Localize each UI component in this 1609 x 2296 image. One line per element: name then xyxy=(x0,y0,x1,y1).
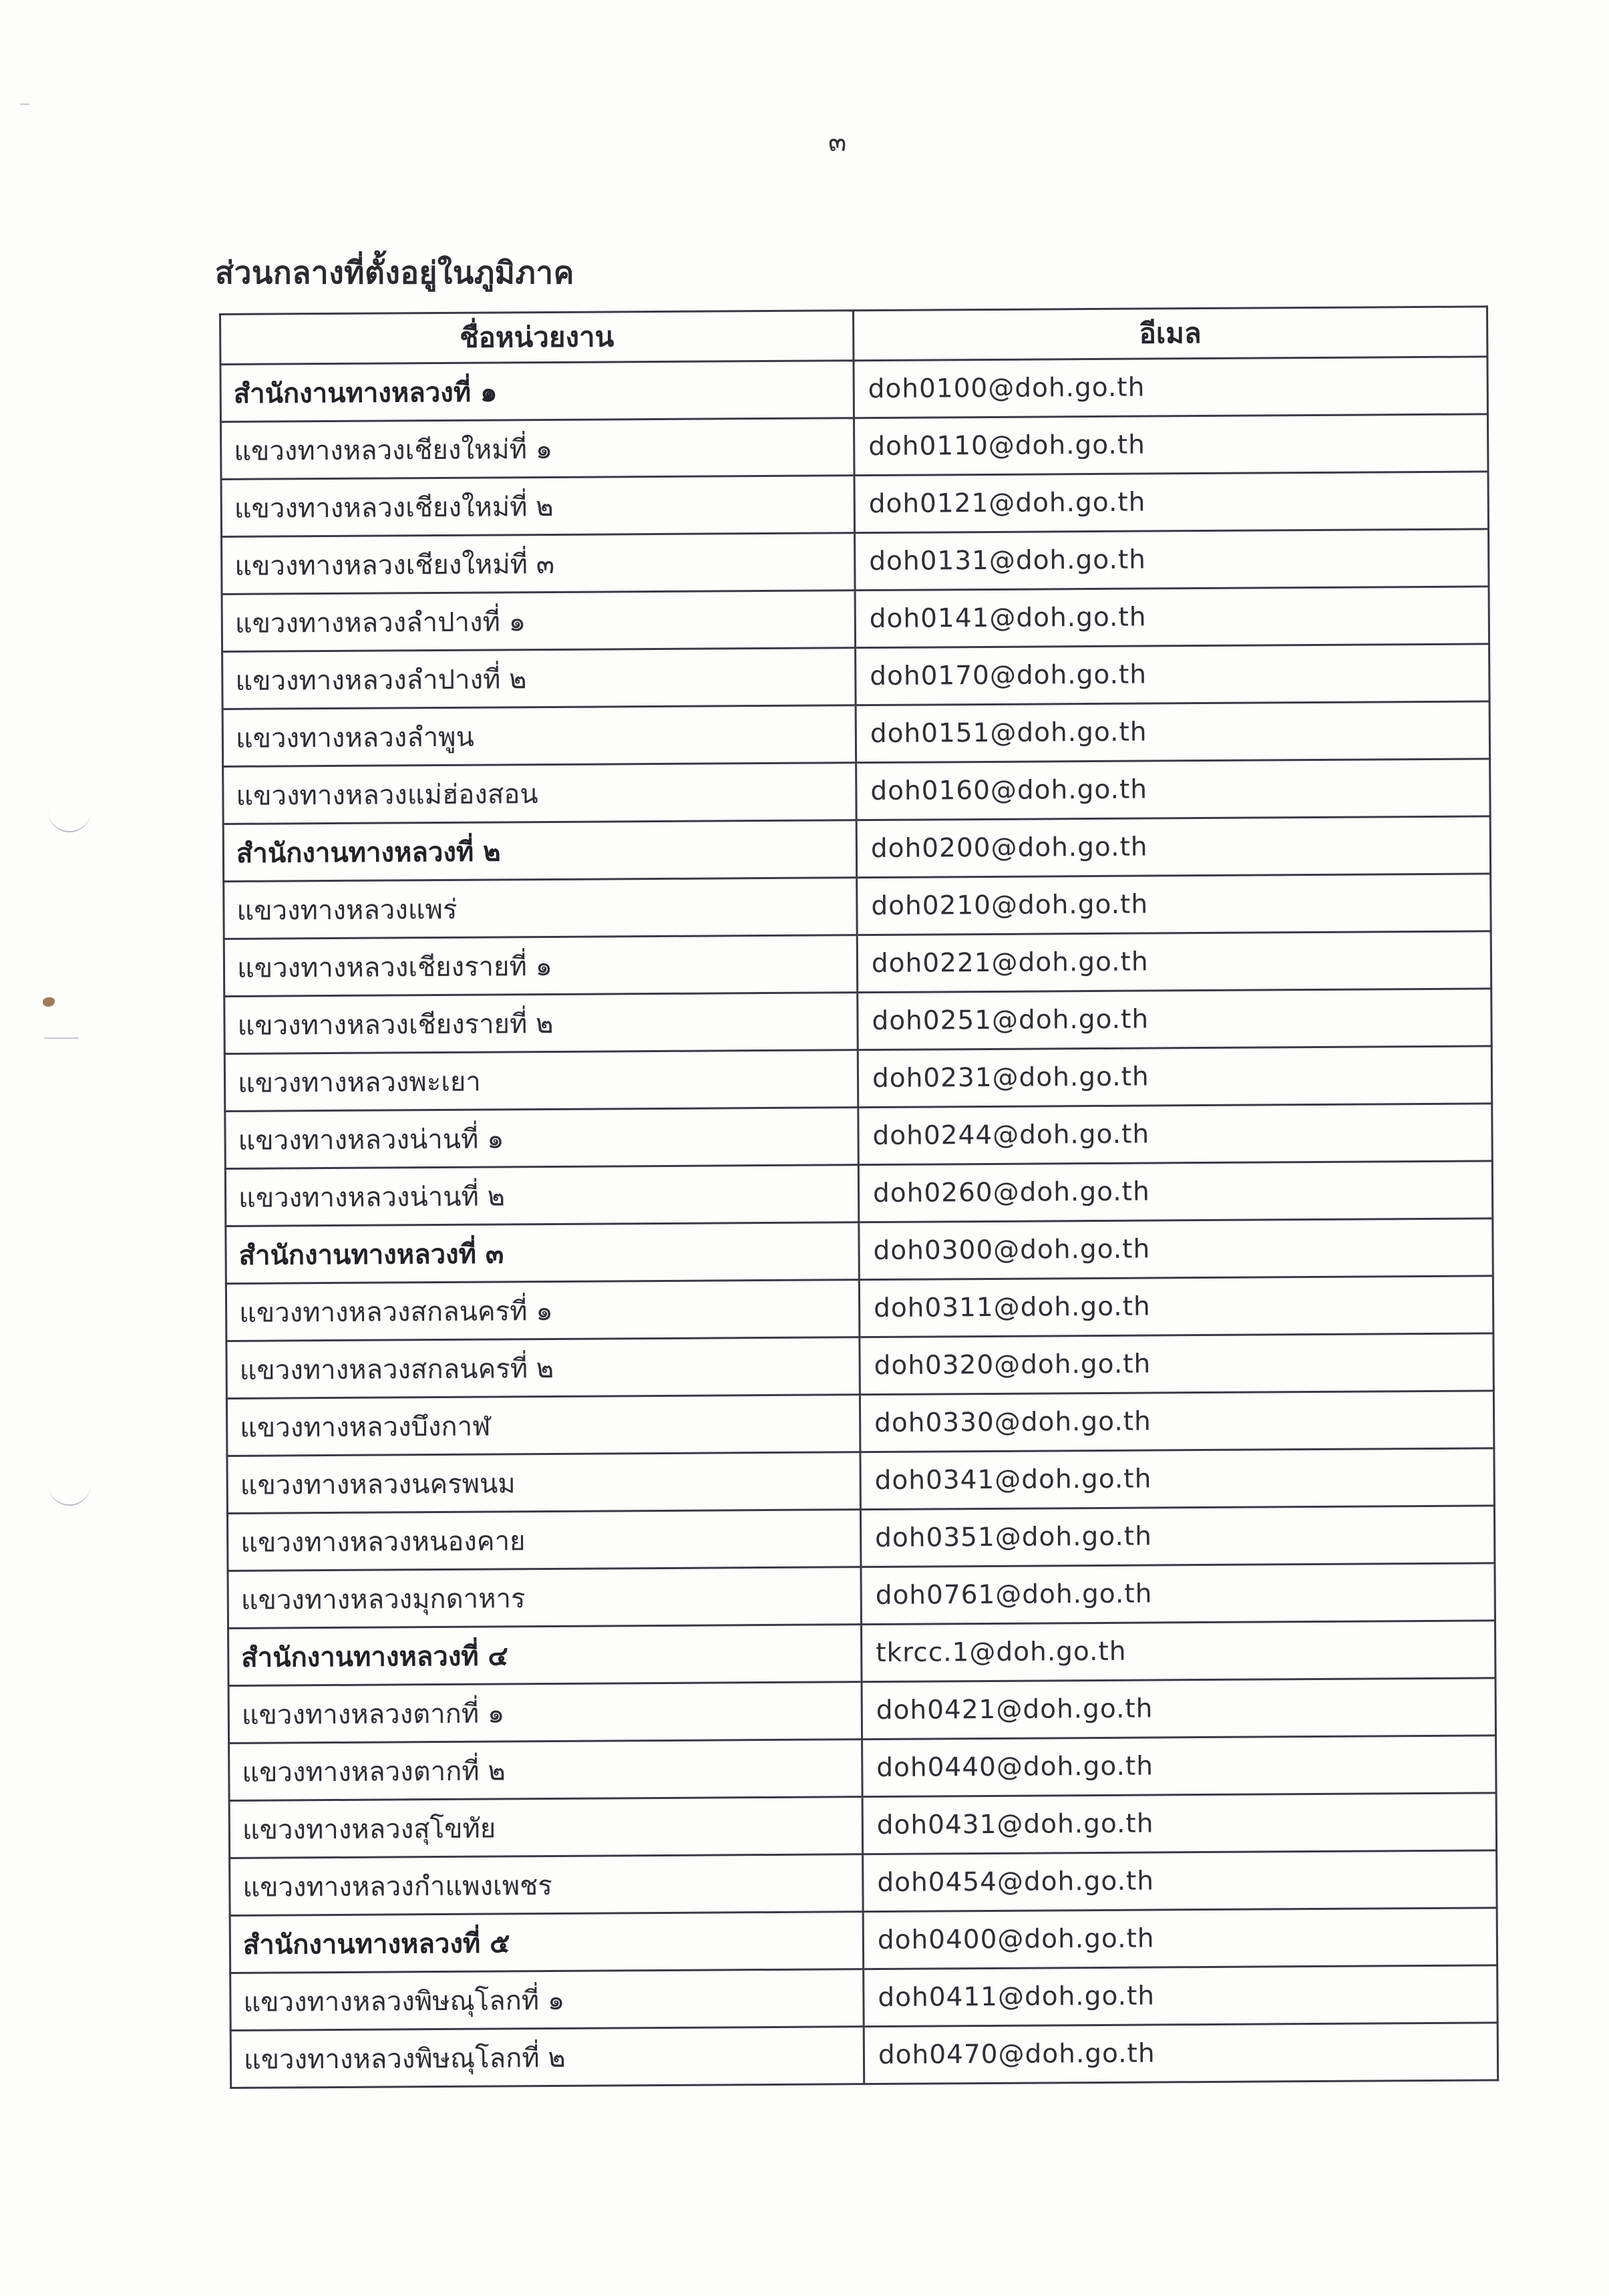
unit-name-cell: แขวงทางหลวงตากที่ ๒ xyxy=(229,1740,863,1801)
unit-name-cell: แขวงทางหลวงแพร่ xyxy=(224,878,858,939)
unit-name-cell: แขวงทางหลวงกำแพงเพชร xyxy=(230,1854,864,1916)
unit-name-cell: แขวงทางหลวงสกลนครที่ ๒ xyxy=(226,1337,860,1399)
email-cell: doh0440@doh.go.th xyxy=(862,1736,1497,1797)
office-name-cell: สำนักงานทางหลวงที่ ๓ xyxy=(226,1222,860,1284)
unit-name-cell: แขวงทางหลวงสกลนครที่ ๑ xyxy=(226,1280,860,1341)
table-row: สำนักงานทางหลวงที่ ๑doh0100@doh.go.th xyxy=(220,357,1487,422)
unit-name-cell: แขวงทางหลวงสุโขทัย xyxy=(229,1797,863,1858)
section-title: ส่วนกลางที่ตั้งอยู่ในภูมิภาค xyxy=(215,249,574,297)
table-row: แขวงทางหลวงสกลนครที่ ๒doh0320@doh.go.th xyxy=(226,1333,1493,1399)
unit-name-cell: แขวงทางหลวงมุกดาหาร xyxy=(228,1567,862,1629)
table-row: สำนักงานทางหลวงที่ ๒doh0200@doh.go.th xyxy=(223,816,1490,882)
email-cell: doh0421@doh.go.th xyxy=(862,1678,1496,1740)
email-cell: doh0260@doh.go.th xyxy=(858,1161,1493,1222)
email-cell: doh0351@doh.go.th xyxy=(860,1506,1495,1567)
email-cell: doh0341@doh.go.th xyxy=(860,1448,1495,1510)
unit-email-table: ชื่อหน่วยงาน อีเมล สำนักงานทางหลวงที่ ๑d… xyxy=(219,305,1499,2089)
table-row: แขวงทางหลวงพิษณุโลกที่ ๒doh0470@doh.go.t… xyxy=(230,2023,1497,2088)
table-row: แขวงทางหลวงพิษณุโลกที่ ๑doh0411@doh.go.t… xyxy=(230,1965,1497,2031)
email-cell: doh0431@doh.go.th xyxy=(862,1793,1497,1854)
unit-name-cell: แขวงทางหลวงตากที่ ๑ xyxy=(228,1682,862,1744)
table-row: แขวงทางหลวงสกลนครที่ ๑doh0311@doh.go.th xyxy=(226,1276,1493,1341)
email-cell: doh0100@doh.go.th xyxy=(854,357,1488,418)
unit-name-cell: แขวงทางหลวงลำปางที่ ๒ xyxy=(222,648,856,709)
table-row: แขวงทางหลวงตากที่ ๑doh0421@doh.go.th xyxy=(228,1678,1495,1744)
email-cell: doh0330@doh.go.th xyxy=(860,1391,1494,1452)
email-cell: doh0121@doh.go.th xyxy=(854,472,1489,533)
table-row: แขวงทางหลวงเชียงใหม่ที่ ๑doh0110@doh.go.… xyxy=(220,414,1487,480)
email-cell: doh0200@doh.go.th xyxy=(856,816,1491,878)
table-row: แขวงทางหลวงพะเยาdoh0231@doh.go.th xyxy=(224,1046,1491,1112)
table-row: แขวงทางหลวงลำปางที่ ๑doh0141@doh.go.th xyxy=(222,587,1489,652)
unit-name-cell: แขวงทางหลวงเชียงใหม่ที่ ๒ xyxy=(221,476,855,537)
unit-name-cell: แขวงทางหลวงน่านที่ ๑ xyxy=(225,1108,859,1169)
email-cell: doh0400@doh.go.th xyxy=(863,1908,1497,1969)
email-cell: doh0131@doh.go.th xyxy=(855,529,1489,591)
table-row: แขวงทางหลวงลำปางที่ ๒doh0170@doh.go.th xyxy=(222,644,1489,709)
office-name-cell: สำนักงานทางหลวงที่ ๕ xyxy=(230,1912,864,1973)
table-row: สำนักงานทางหลวงที่ ๕doh0400@doh.go.th xyxy=(230,1908,1497,1973)
unit-name-cell: แขวงทางหลวงหนองคาย xyxy=(227,1510,861,1571)
table-row: แขวงทางหลวงหนองคายdoh0351@doh.go.th xyxy=(227,1506,1494,1571)
table-row: สำนักงานทางหลวงที่ ๔tkrcc.1@doh.go.th xyxy=(228,1621,1495,1686)
column-header-unit-name: ชื่อหน่วยงาน xyxy=(220,311,854,365)
table-row: แขวงทางหลวงน่านที่ ๑doh0244@doh.go.th xyxy=(225,1104,1492,1169)
unit-name-cell: แขวงทางหลวงเชียงรายที่ ๑ xyxy=(224,935,858,997)
unit-name-cell: แขวงทางหลวงพิษณุโลกที่ ๑ xyxy=(230,1969,864,2031)
email-cell: doh0470@doh.go.th xyxy=(864,2023,1498,2084)
table-row: แขวงทางหลวงสุโขทัยdoh0431@doh.go.th xyxy=(229,1793,1496,1858)
office-name-cell: สำนักงานทางหลวงที่ ๑ xyxy=(220,361,854,422)
email-cell: doh0320@doh.go.th xyxy=(860,1333,1494,1395)
table-row: สำนักงานทางหลวงที่ ๓doh0300@doh.go.th xyxy=(226,1218,1493,1284)
email-cell: doh0251@doh.go.th xyxy=(858,989,1492,1050)
table-row: แขวงทางหลวงแม่ฮ่องสอนdoh0160@doh.go.th xyxy=(223,759,1490,824)
unit-name-cell: แขวงทางหลวงน่านที่ ๒ xyxy=(225,1165,859,1226)
email-cell: doh0110@doh.go.th xyxy=(854,414,1488,476)
scan-mark xyxy=(44,1037,79,1039)
column-header-email: อีเมล xyxy=(853,307,1487,361)
unit-name-cell: แขวงทางหลวงเชียงใหม่ที่ ๑ xyxy=(220,418,854,480)
email-cell: doh0300@doh.go.th xyxy=(859,1218,1493,1280)
email-cell: doh0160@doh.go.th xyxy=(856,759,1491,820)
table-row: แขวงทางหลวงนครพนมdoh0341@doh.go.th xyxy=(227,1448,1494,1514)
table-row: แขวงทางหลวงเชียงรายที่ ๒doh0251@doh.go.t… xyxy=(224,989,1491,1054)
email-cell: doh0231@doh.go.th xyxy=(858,1046,1492,1108)
email-cell: doh0454@doh.go.th xyxy=(863,1850,1497,1912)
punch-hole-mark xyxy=(48,808,91,832)
table-row: แขวงทางหลวงแพร่doh0210@doh.go.th xyxy=(224,874,1491,939)
table-row: แขวงทางหลวงเชียงใหม่ที่ ๓doh0131@doh.go.… xyxy=(222,529,1489,595)
table-row: แขวงทางหลวงกำแพงเพชรdoh0454@doh.go.th xyxy=(230,1850,1497,1916)
table-header-row: ชื่อหน่วยงาน อีเมล xyxy=(220,307,1487,365)
email-cell: doh0210@doh.go.th xyxy=(857,874,1491,935)
email-cell: doh0221@doh.go.th xyxy=(857,931,1491,993)
unit-name-cell: แขวงทางหลวงลำพูน xyxy=(222,705,856,767)
table-row: แขวงทางหลวงเชียงใหม่ที่ ๒doh0121@doh.go.… xyxy=(221,472,1488,537)
email-cell: doh0170@doh.go.th xyxy=(856,644,1490,705)
scan-mark xyxy=(20,104,29,105)
office-name-cell: สำนักงานทางหลวงที่ ๒ xyxy=(223,820,857,882)
punch-hole-mark xyxy=(48,1482,91,1506)
table-row: แขวงทางหลวงน่านที่ ๒doh0260@doh.go.th xyxy=(225,1161,1492,1226)
unit-name-cell: แขวงทางหลวงนครพนม xyxy=(227,1452,861,1514)
unit-name-cell: แขวงทางหลวงลำปางที่ ๑ xyxy=(222,591,856,652)
page-number: ๓ xyxy=(828,120,846,163)
table-row: แขวงทางหลวงลำพูนdoh0151@doh.go.th xyxy=(222,701,1489,767)
paper-speck xyxy=(43,997,55,1007)
table-row: แขวงทางหลวงตากที่ ๒doh0440@doh.go.th xyxy=(229,1736,1496,1801)
email-cell: doh0244@doh.go.th xyxy=(858,1104,1493,1165)
table-row: แขวงทางหลวงบึงกาฬdoh0330@doh.go.th xyxy=(226,1391,1493,1456)
unit-name-cell: แขวงทางหลวงบึงกาฬ xyxy=(226,1395,860,1456)
unit-name-cell: แขวงทางหลวงเชียงรายที่ ๒ xyxy=(224,993,858,1054)
table-row: แขวงทางหลวงเชียงรายที่ ๑doh0221@doh.go.t… xyxy=(224,931,1491,997)
office-name-cell: สำนักงานทางหลวงที่ ๔ xyxy=(228,1625,862,1686)
email-cell: doh0311@doh.go.th xyxy=(859,1276,1493,1337)
unit-name-cell: แขวงทางหลวงพะเยา xyxy=(224,1050,858,1112)
email-cell: doh0411@doh.go.th xyxy=(864,1965,1498,2027)
table-row: แขวงทางหลวงมุกดาหารdoh0761@doh.go.th xyxy=(228,1563,1495,1629)
email-cell: doh0151@doh.go.th xyxy=(856,701,1490,763)
unit-name-cell: แขวงทางหลวงเชียงใหม่ที่ ๓ xyxy=(222,533,856,595)
unit-name-cell: แขวงทางหลวงแม่ฮ่องสอน xyxy=(223,763,857,824)
email-cell: tkrcc.1@doh.go.th xyxy=(862,1621,1496,1682)
table-body: สำนักงานทางหลวงที่ ๑doh0100@doh.go.thแขว… xyxy=(220,357,1498,2088)
email-cell: doh0141@doh.go.th xyxy=(855,587,1489,648)
unit-name-cell: แขวงทางหลวงพิษณุโลกที่ ๒ xyxy=(230,2027,864,2088)
email-cell: doh0761@doh.go.th xyxy=(861,1563,1495,1625)
